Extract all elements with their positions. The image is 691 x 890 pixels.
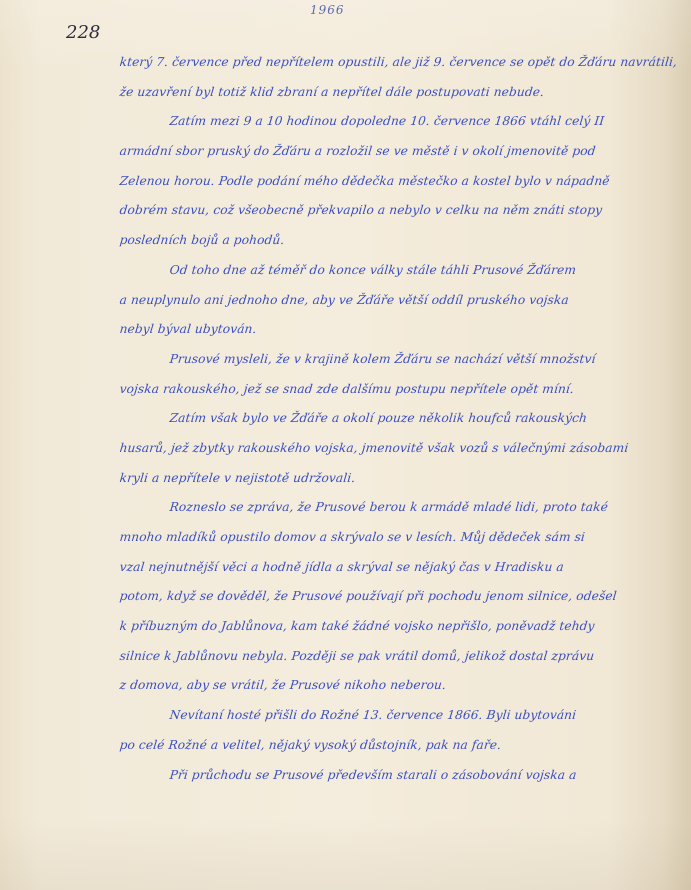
text-line: Od toho dne až téměř do konce války stál… [118, 256, 666, 286]
text-line: Nevítaní hosté přišli do Rožné 13. červe… [118, 701, 666, 731]
text-line: silnice k Jablůnovu nebyla. Později se p… [118, 642, 666, 672]
text-line: který 7. července před nepřítelem opusti… [118, 48, 666, 78]
text-line: kryli a nepřítele v nejistotě udržovali. [118, 464, 666, 494]
page-number: 228 [66, 22, 100, 43]
text-line: Zelenou horou. Podle podání mého dědečka… [118, 167, 666, 197]
text-line: posledních bojů a pohodů. [118, 226, 666, 256]
text-line: Zatím však bylo ve Žďáře a okolí pouze n… [118, 404, 666, 434]
text-line: Při průchodu se Prusové především staral… [118, 761, 666, 791]
text-line: dobrém stavu, což všeobecně překvapilo a… [118, 196, 666, 226]
text-line: husarů, jež zbytky rakouského vojska, jm… [118, 434, 666, 464]
text-line: z domova, aby se vrátil, že Prusové niko… [118, 671, 666, 701]
text-line: mnoho mladíků opustilo domov a skrývalo … [118, 523, 666, 553]
text-line: že uzavření byl totiž klid zbraní a nepř… [118, 78, 666, 108]
text-line: Zatím mezi 9 a 10 hodinou dopoledne 10. … [118, 107, 666, 137]
text-line: armádní sbor pruský do Žďáru a rozložil … [118, 137, 666, 167]
text-line: Prusové mysleli, že v krajině kolem Žďár… [118, 345, 666, 375]
text-line: po celé Rožné a velitel, nějaký vysoký d… [118, 731, 666, 761]
text-line: vojska rakouského, jež se snad zde další… [118, 375, 666, 405]
manuscript-page: 1966 228 který 7. července před nepřítel… [0, 0, 691, 890]
text-line: vzal nejnutnější věci a hodně jídla a sk… [118, 553, 666, 583]
year-header: 1966 [310, 3, 345, 17]
handwritten-text-body: který 7. července před nepřítelem opusti… [118, 48, 663, 790]
text-line: nebyl býval ubytován. [118, 315, 666, 345]
text-line: Rozneslo se zpráva, že Prusové berou k a… [118, 493, 666, 523]
text-line: potom, když se dověděl, že Prusové použí… [118, 582, 666, 612]
text-line: a neuplynulo ani jednoho dne, aby ve Žďá… [118, 286, 666, 316]
text-line: k příbuzným do Jablůnova, kam také žádné… [118, 612, 666, 642]
